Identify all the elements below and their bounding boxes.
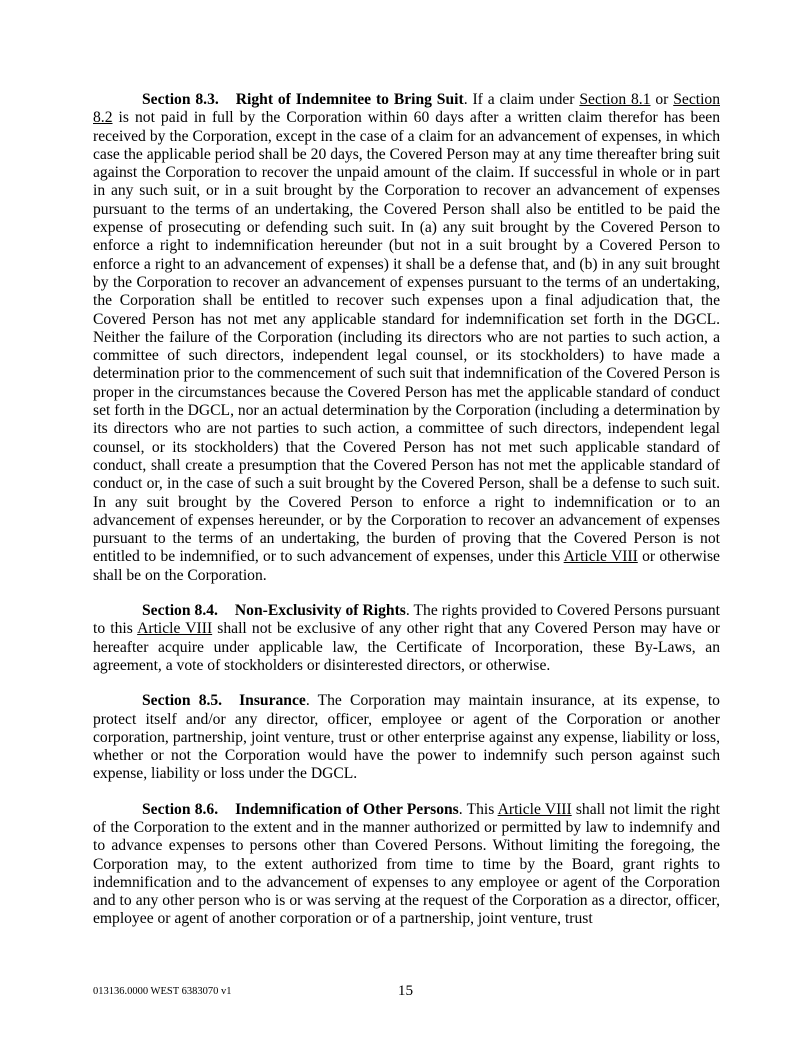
text-run: Section 8.5. bbox=[142, 692, 222, 709]
text-run: is not paid in full by the Corporation w… bbox=[93, 109, 720, 565]
page-number: 15 bbox=[0, 982, 811, 999]
document-page: Section 8.3.Right of Indemnitee to Bring… bbox=[0, 0, 811, 1050]
paragraph-section-8-4: Section 8.4.Non-Exclusivity of Rights. T… bbox=[93, 602, 720, 675]
text-run: or bbox=[651, 91, 674, 108]
text-run: shall not limit the right of the Corpora… bbox=[93, 801, 720, 928]
text-run: Section 8.6. bbox=[142, 801, 218, 818]
paragraph-section-8-6: Section 8.6.Indemnification of Other Per… bbox=[93, 801, 720, 929]
text-run: Section 8.4. bbox=[142, 602, 218, 619]
text-run: Article VIII bbox=[564, 548, 638, 565]
text-run: Right of Indemnitee to Bring Suit bbox=[236, 91, 464, 108]
text-run: Insurance bbox=[239, 692, 306, 709]
document-body-text: Section 8.3.Right of Indemnitee to Bring… bbox=[93, 91, 720, 929]
text-run: Article VIII bbox=[137, 620, 212, 637]
text-run: Section 8.3. bbox=[142, 91, 219, 108]
paragraph-section-8-5: Section 8.5.Insurance. The Corporation m… bbox=[93, 692, 720, 783]
text-run: . This bbox=[459, 801, 498, 818]
paragraph-section-8-3: Section 8.3.Right of Indemnitee to Bring… bbox=[93, 91, 720, 585]
text-run: Section 8.1 bbox=[579, 91, 650, 108]
text-run: Article VIII bbox=[498, 801, 572, 818]
text-run: Indemnification of Other Persons bbox=[235, 801, 459, 818]
text-run: Non-Exclusivity of Rights bbox=[235, 602, 406, 619]
text-run: . If a claim under bbox=[464, 91, 580, 108]
